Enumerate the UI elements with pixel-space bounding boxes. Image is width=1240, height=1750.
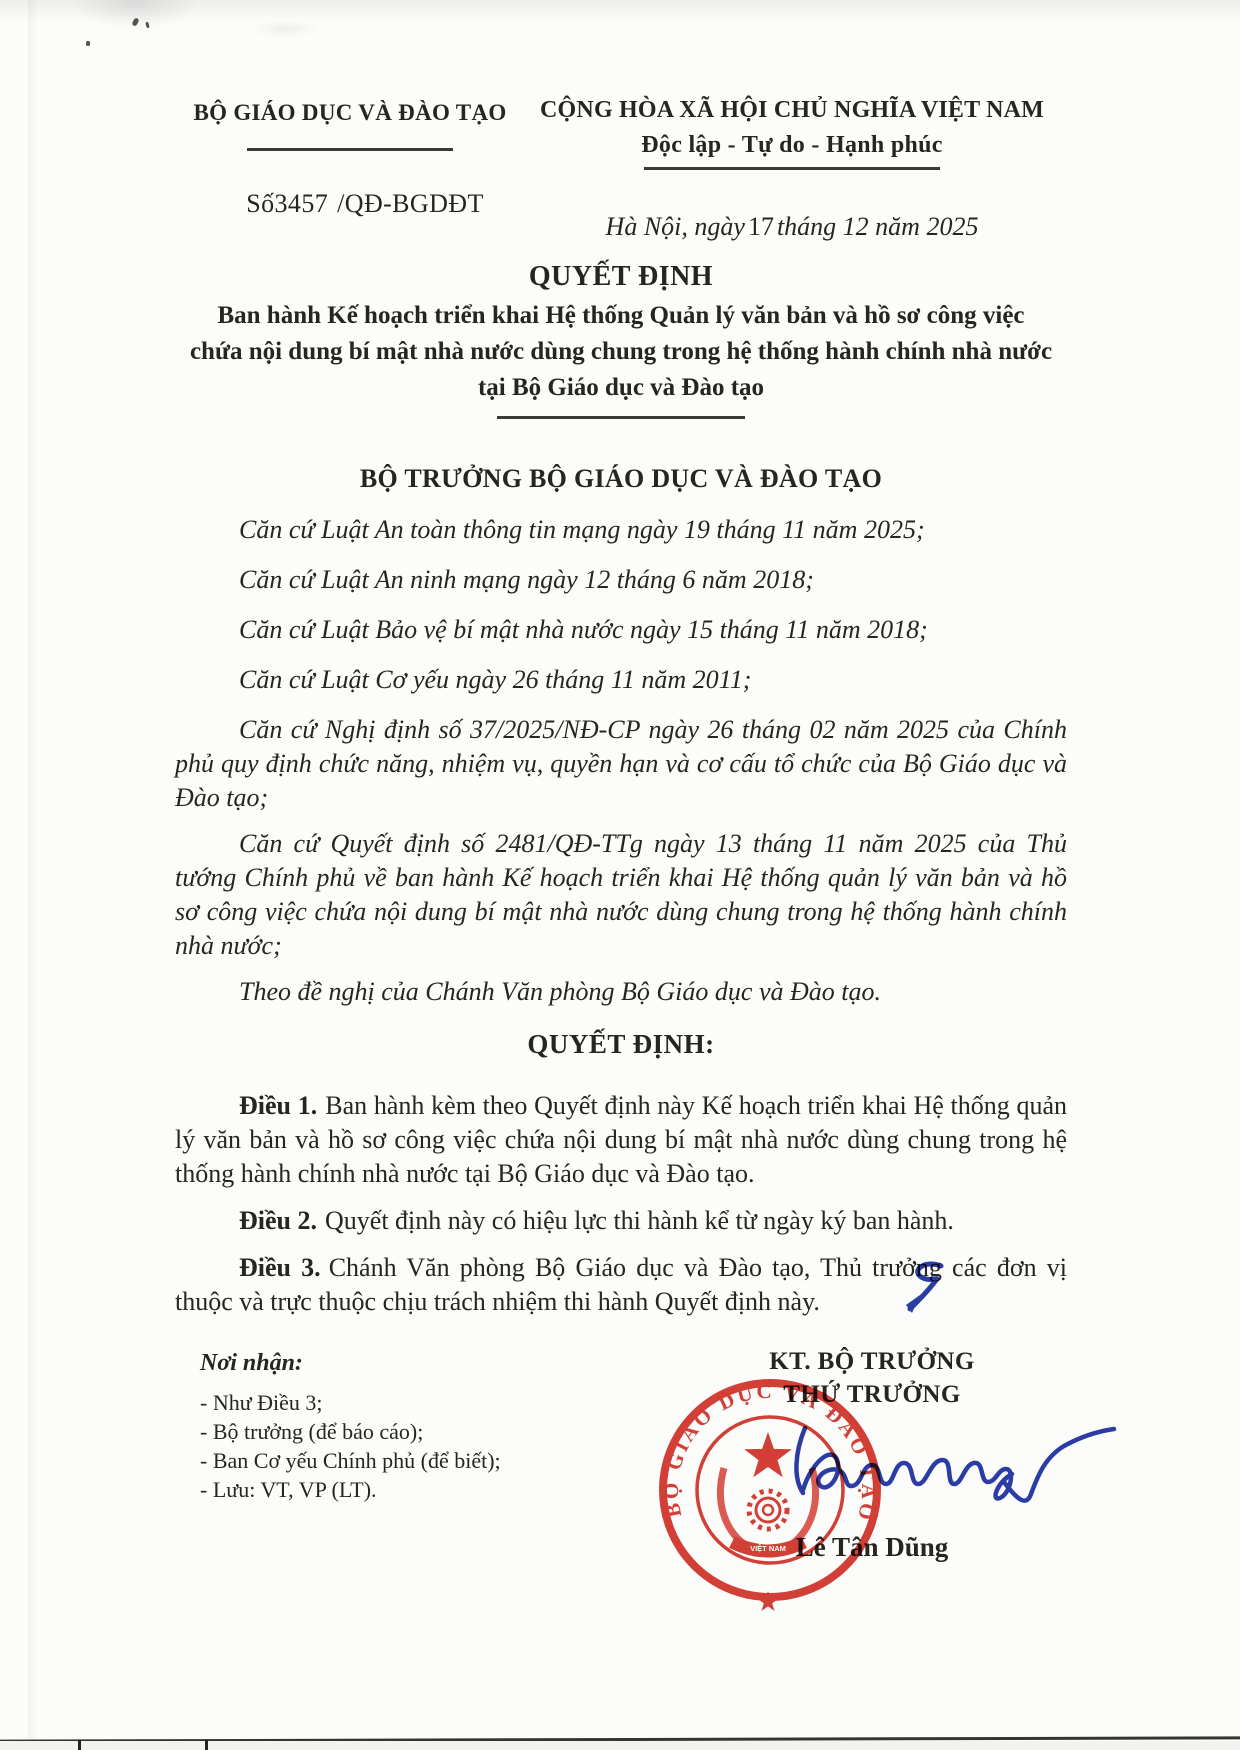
national-title: CỘNG HÒA XÃ HỘI CHỦ NGHĨA VIỆT NAM <box>520 95 1064 126</box>
citation-paragraph: Căn cứ Luật Bảo vệ bí mật nhà nước ngày … <box>175 613 1067 647</box>
scan-edge-tick <box>205 1740 208 1750</box>
issuing-authority-block: BỘ GIÁO DỤC VÀ ĐÀO TẠO Số3457/QĐ-BGDĐT <box>178 98 522 219</box>
decision-title: QUYẾT ĐỊNH <box>175 260 1067 294</box>
decision-subject-line: tại Bộ Giáo dục và Đào tạo <box>175 370 1067 406</box>
article-text: Quyết định này có hiệu lực thi hành kể t… <box>325 1206 954 1235</box>
citation-paragraph: Căn cứ Nghị định số 37/2025/NĐ-CP ngày 2… <box>175 713 1067 815</box>
citation-paragraph: Căn cứ Luật Cơ yếu ngày 26 tháng 11 năm … <box>175 663 1067 697</box>
recipient-list: - Như Điều 3; - Bộ trưởng (để báo cáo); … <box>200 1388 580 1504</box>
org-underline <box>247 148 453 151</box>
document-number: Số3457/QĐ-BGDĐT <box>178 189 522 219</box>
national-header-block: CỘNG HÒA XÃ HỘI CHỦ NGHĨA VIỆT NAM Độc l… <box>520 95 1064 242</box>
decision-subject-line: Ban hành Kế hoạch triển khai Hệ thống Qu… <box>175 298 1067 334</box>
article-label: Điều 1. <box>239 1091 317 1120</box>
dateline-suffix: tháng 12 năm 2025 <box>777 212 979 241</box>
recipients-heading: Nơi nhận: <box>200 1348 580 1378</box>
citation-paragraph: Căn cứ Luật An toàn thông tin mạng ngày … <box>175 513 1067 547</box>
article-paragraph: Điều 1.Ban hành kèm theo Quyết định này … <box>175 1089 1067 1191</box>
citation-paragraph: Căn cứ Quyết định số 2481/QĐ-TTg ngày 13… <box>175 827 1067 963</box>
recipient-item: - Bộ trưởng (để báo cáo); <box>200 1417 580 1446</box>
article-label: Điều 2. <box>239 1206 317 1235</box>
ink-speck <box>86 41 91 47</box>
scan-smudge <box>250 20 320 38</box>
dateline-day: 17 <box>748 212 774 241</box>
pen-flourish-mark <box>897 1258 959 1320</box>
scanned-decision-document: BỘ GIÁO DỤC VÀ ĐÀO TẠO Số3457/QĐ-BGDĐT C… <box>0 0 1240 1750</box>
recipient-item: - Như Điều 3; <box>200 1388 580 1417</box>
decision-subject: Ban hành Kế hoạch triển khai Hệ thống Qu… <box>175 298 1067 406</box>
dateline-prefix: Hà Nội, ngày <box>606 212 745 241</box>
article-paragraph: Điều 2.Quyết định này có hiệu lực thi hà… <box>175 1204 1067 1238</box>
citation-paragraph: Theo đề nghị của Chánh Văn phòng Bộ Giáo… <box>175 975 1067 1009</box>
document-number-value: 3457 <box>275 189 329 218</box>
scan-left-shadow <box>28 0 38 1750</box>
document-number-suffix: /QĐ-BGDĐT <box>337 189 484 218</box>
scan-edge-tick <box>78 1740 81 1750</box>
issuing-org-name: BỘ GIÁO DỤC VÀ ĐÀO TẠO <box>178 98 522 128</box>
authority-heading: BỘ TRƯỞNG BỘ GIÁO DỤC VÀ ĐÀO TẠO <box>175 461 1067 497</box>
citations-section: Căn cứ Luật An toàn thông tin mạng ngày … <box>175 513 1067 1009</box>
document-body: QUYẾT ĐỊNH Ban hành Kế hoạch triển khai … <box>175 260 1067 1332</box>
decision-subject-line: chứa nội dung bí mật nhà nước dùng chung… <box>175 334 1067 370</box>
national-motto: Độc lập - Tự do - Hạnh phúc <box>520 130 1064 160</box>
place-dateline: Hà Nội, ngày17tháng 12 năm 2025 <box>520 212 1064 242</box>
recipient-item: - Ban Cơ yếu Chính phủ (để biết); <box>200 1446 580 1475</box>
decree-heading: QUYẾT ĐỊNH: <box>175 1025 1067 1063</box>
scan-bottom-strip <box>0 1741 1240 1750</box>
signature-autograph <box>780 1400 1120 1515</box>
subject-underline <box>497 416 745 419</box>
article-label: Điều 3. <box>239 1253 321 1282</box>
motto-underline <box>644 167 940 170</box>
recipient-item: - Lưu: VT, VP (LT). <box>200 1475 580 1504</box>
recipients-block: Nơi nhận: - Như Điều 3; - Bộ trưởng (để … <box>200 1348 580 1504</box>
document-number-prefix: Số <box>246 189 274 218</box>
stamp-banner-text: VIỆT NAM <box>750 1544 786 1553</box>
citation-paragraph: Căn cứ Luật An ninh mạng ngày 12 tháng 6… <box>175 563 1067 597</box>
